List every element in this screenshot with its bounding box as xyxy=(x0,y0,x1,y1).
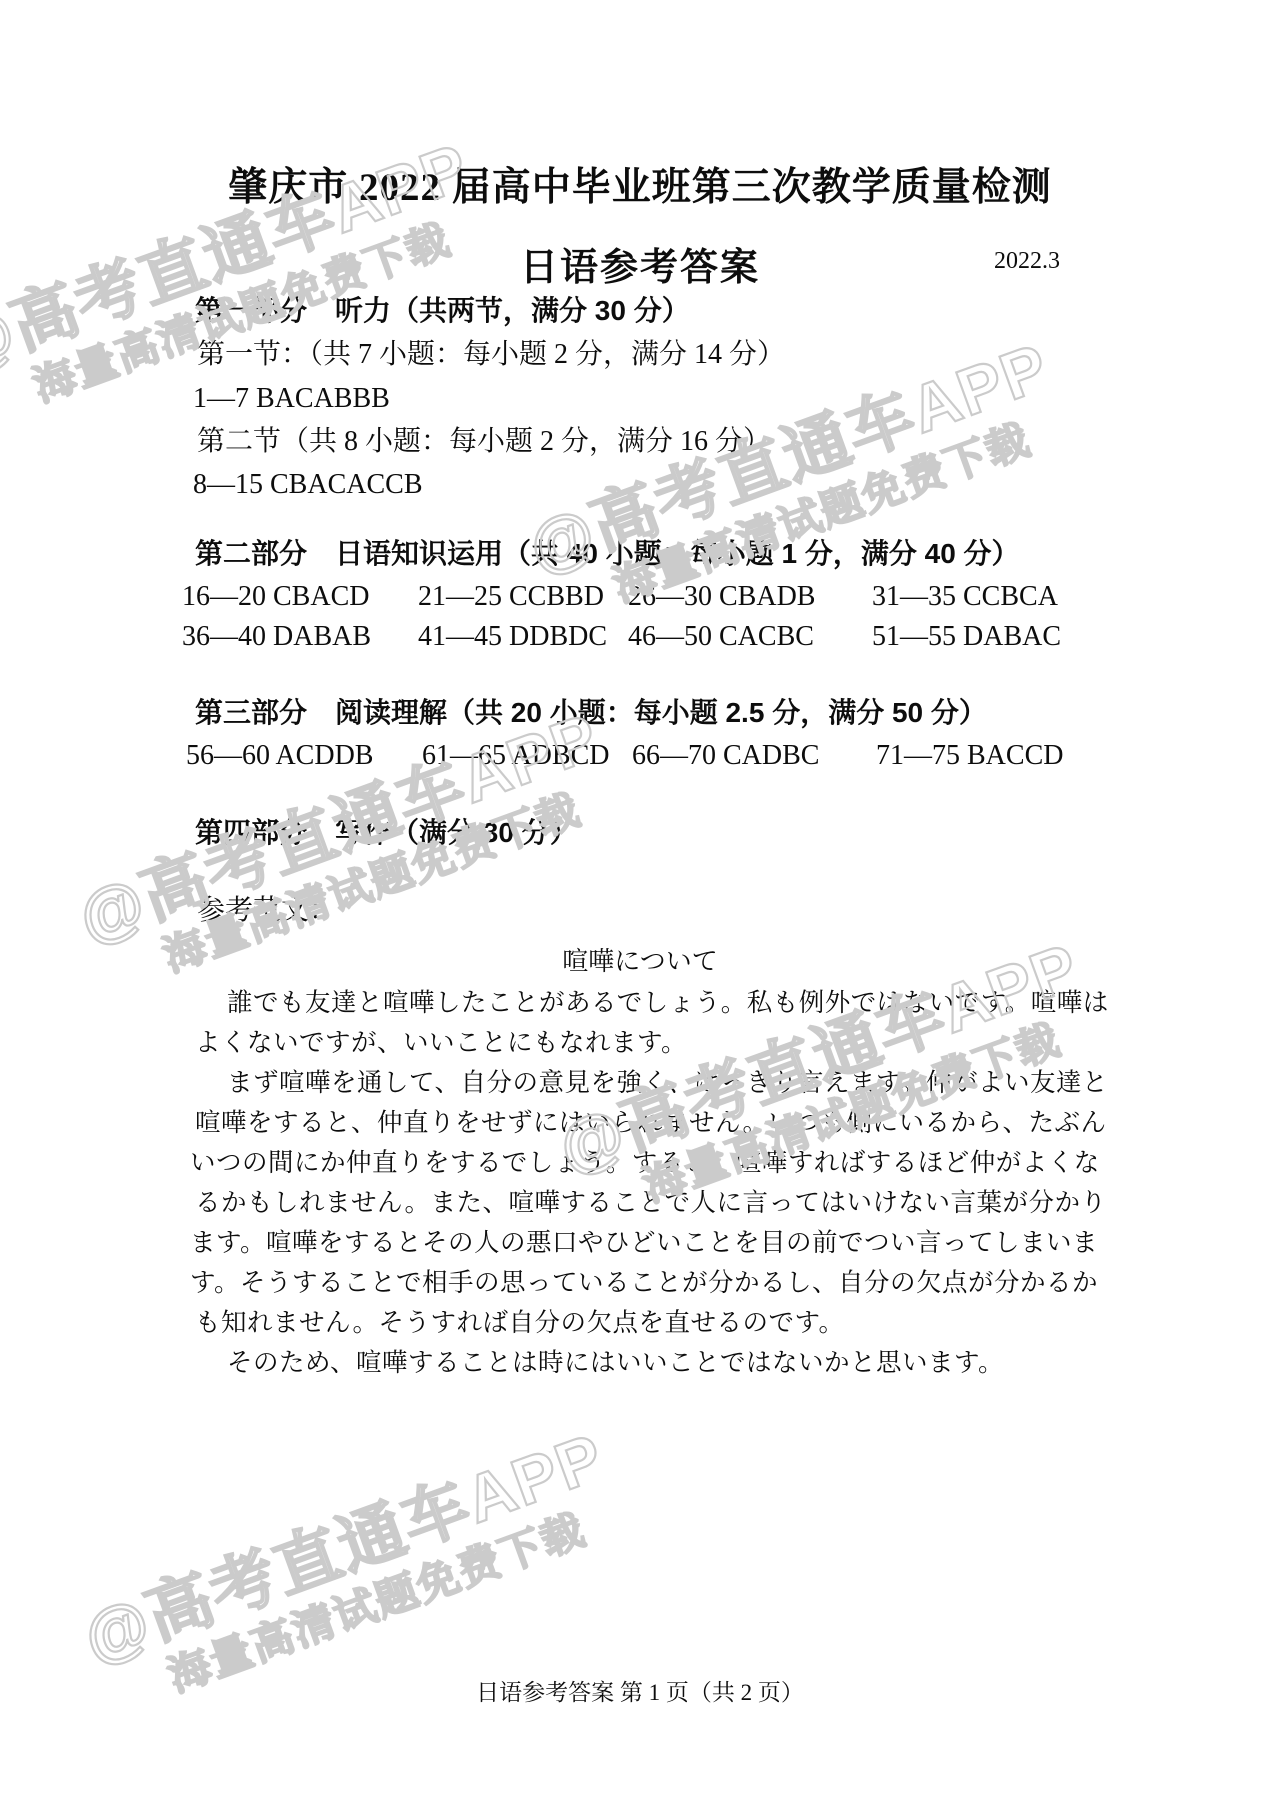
answer-cell: 71—75 BACCD xyxy=(876,740,1063,772)
answer-cell: 31—35 CCBCA xyxy=(872,581,1058,613)
answer-key-title: 日语参考答案 xyxy=(0,236,1280,291)
exam-date: 2022.3 xyxy=(994,248,1060,275)
sample-essay-label: 参考范文： xyxy=(197,896,337,927)
answer-cell: 21—25 CCBBD xyxy=(418,581,628,613)
essay-line: そのため、喧嘩することは時にはいいことではないかと思います。 xyxy=(195,1343,1004,1379)
answer-row: 36—40 DABAB 41—45 DDBDC 46—50 CACBC 51—5… xyxy=(182,621,1061,653)
answer-cell: 46—50 CACBC xyxy=(628,621,872,653)
essay-title: 喧嘩について xyxy=(0,941,1280,978)
part1-header: 第一部分 听力（共两节，满分 30 分） xyxy=(195,296,690,327)
essay-line: す。そうすることで相手の思っていることが分かるし、自分の欠点が分かるか xyxy=(190,1263,1098,1299)
part1-section1-desc: 第一节：（共 7 小题：每小题 2 分，满分 14 分） xyxy=(197,340,785,371)
essay-line: いつの間にか仲直りをするでしょう。すると、喧嘩すればするほど仲がよくな xyxy=(190,1143,1100,1179)
answer-cell: 56—60 ACDDB xyxy=(186,740,422,772)
answer-cell: 26—30 CBADB xyxy=(628,581,872,613)
answer-cell: 61—65 ADBCD xyxy=(422,740,632,772)
answer-cell: 66—70 CADBC xyxy=(632,740,876,772)
essay-line: ます。喧嘩をするとその人の悪口やひどいことを目の前でつい言ってしまいま xyxy=(190,1223,1098,1259)
essay-line: よくないですが、いいことにもなれます。 xyxy=(195,1023,687,1059)
answer-row: 56—60 ACDDB 61—65 ADBCD 66—70 CADBC 71—7… xyxy=(186,740,1063,772)
part4-header: 第四部分 写作（满分 30 分） xyxy=(195,818,578,849)
essay-line: るかもしれません。また、喧嘩することで人に言ってはいけない言葉が分かり xyxy=(195,1183,1107,1219)
page-footer: 日语参考答案 第 1 页（共 2 页） xyxy=(0,1674,1280,1707)
answer-cell: 16—20 CBACD xyxy=(182,581,418,613)
answer-cell: 51—55 DABAC xyxy=(872,621,1061,653)
document-page: @高考直通车APP 海量高清试题免费下载 @高考直通车APP 海量高清试题免费下… xyxy=(0,0,1280,1810)
part1-answers-8-15: 8—15 CBACACCB xyxy=(193,470,423,501)
essay-line: 誰でも友達と喧嘩したことがあるでしょう。私も例外ではないです。喧嘩は xyxy=(195,983,1109,1019)
answer-cell: 41—45 DDBDC xyxy=(418,621,628,653)
answer-row: 16—20 CBACD 21—25 CCBBD 26—30 CBADB 31—3… xyxy=(182,581,1058,613)
document-content: 肇庆市 2022 届高中毕业班第三次教学质量检测 日语参考答案 2022.3 第… xyxy=(0,0,1280,1810)
answer-cell: 36—40 DABAB xyxy=(182,621,418,653)
part2-header: 第二部分 日语知识运用（共 40 小题：每小题 1 分，满分 40 分） xyxy=(195,539,1020,570)
part3-header: 第三部分 阅读理解（共 20 小题：每小题 2.5 分，满分 50 分） xyxy=(195,698,987,729)
essay-line: まず喧嘩を通して、自分の意見を強く、はっきり言えます。仲がよい友達と xyxy=(195,1063,1108,1099)
exam-title: 肇庆市 2022 届高中毕业班第三次教学质量检测 xyxy=(0,156,1280,212)
essay-line: 喧嘩をすると、仲直りをせずにはいられません。いつも側にいるから、たぶん xyxy=(195,1103,1107,1139)
essay-line: も知れません。そうすれば自分の欠点を直せるのです。 xyxy=(195,1303,845,1339)
part1-section2-desc: 第二节（共 8 小题：每小题 2 分，满分 16 分） xyxy=(197,427,771,458)
part1-answers-1-7: 1—7 BACABBB xyxy=(193,384,390,415)
